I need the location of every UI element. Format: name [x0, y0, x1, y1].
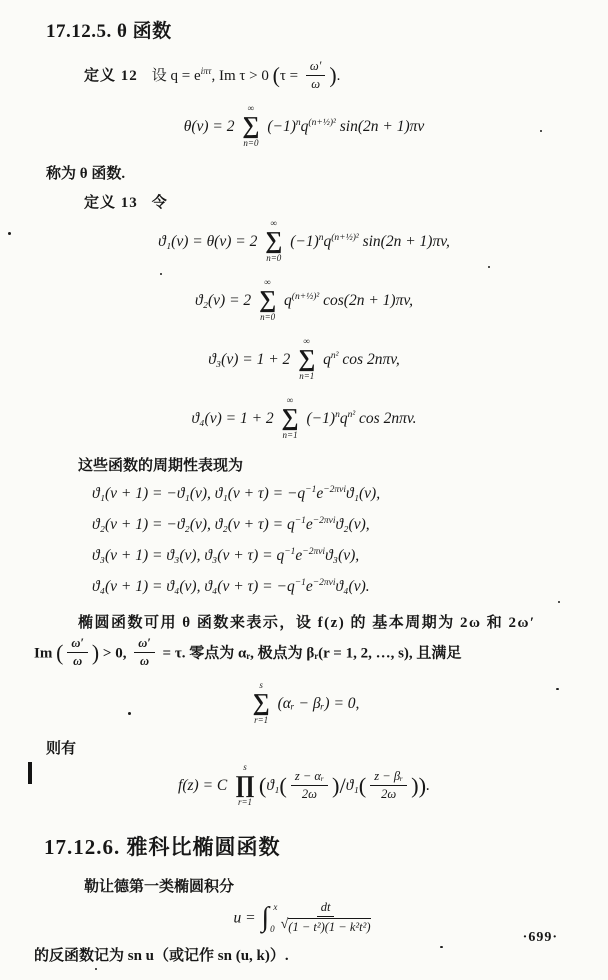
periodicity-theta3: ϑ₃(v + 1) = ϑ₃(v), ϑ₃(v + τ) = q−1e−2πvi… — [92, 540, 608, 568]
definition-13-label: 定义 13 — [84, 195, 138, 211]
theta3-formula: ϑ₃(v) = 1 + 2 ∞∑n=1 qn² cos 2nπv, — [0, 336, 608, 385]
legendre-integral-intro-line: 勒让德第一类椭圆积分 — [84, 875, 608, 896]
periodicity-theta2: ϑ₂(v + 1) = −ϑ₂(v), ϑ₂(v + τ) = q−1e−2πv… — [92, 509, 608, 537]
scan-speck — [128, 712, 131, 715]
definition-13-line: 定义 13令 — [84, 191, 608, 212]
scan-speck — [540, 130, 542, 132]
sum-zero-formula: s∑r=1 (αᵣ − βᵣ) = 0, — [0, 680, 608, 729]
elliptic-paragraph-line1: 椭圆函数可用 θ 函数来表示，设 f(z) 的 基本周期为 2ω 和 2ω′ — [78, 611, 596, 632]
theta4-formula: ϑ₄(v) = 1 + 2 ∞∑n=1 (−1)nqn² cos 2nπv. — [0, 395, 608, 444]
scan-speck — [440, 946, 443, 948]
scan-speck — [488, 266, 490, 268]
section-heading-17-12-6: 17.12.6. 雅科比椭圆函数 — [0, 831, 608, 861]
elliptic-paragraph-line2: Im (ω′ω) > 0, ω′ω = τ. 零点为 αᵣ, 极点为 βᵣ(r … — [34, 636, 608, 672]
inverse-function-line: 的反函数记为 sn u（或记作 sn (u, k)）. — [34, 944, 608, 965]
scanned-book-page: 17.12.5. θ 函数 定义 12设 q = eiπτ, Im τ > 0 … — [0, 0, 608, 980]
scan-speck — [160, 273, 162, 275]
periodicity-intro-line: 这些函数的周期性表现为 — [78, 454, 608, 475]
scan-speck — [556, 688, 559, 690]
scan-artifact-bar — [28, 762, 32, 784]
definition-13-tail: 令 — [152, 195, 167, 211]
product-representation-formula: f(z) = C s∏r=1(ϑ₁(z − αᵣ2ω)/ϑ₁(z − βᵣ2ω)… — [0, 762, 608, 811]
scan-speck — [95, 968, 97, 970]
periodicity-theta1: ϑ₁(v + 1) = −ϑ₁(v), ϑ₁(v + τ) = −q−1e−2π… — [92, 478, 608, 506]
section-heading-17-12-5: 17.12.5. θ 函数 — [0, 0, 608, 43]
periodicity-theta4: ϑ₄(v + 1) = ϑ₄(v), ϑ₄(v + τ) = −q−1e−2πv… — [92, 571, 608, 599]
then-have-line: 则有 — [46, 737, 608, 758]
scan-speck — [8, 232, 11, 235]
theta1-formula: ϑ₁(v) = θ(v) = 2 ∞∑n=0 (−1)nq(n+½)² sin(… — [0, 218, 608, 267]
called-theta-line: 称为 θ 函数. — [46, 162, 608, 183]
definition-12-math: 设 q = eiπτ, Im τ > 0 (τ = ω′ω). — [152, 68, 341, 84]
theta2-formula: ϑ₂(v) = 2 ∞∑n=0 q(n+½)² cos(2n + 1)πv, — [0, 277, 608, 326]
page-number: ·699· — [523, 930, 558, 946]
definition-12-label: 定义 12 — [84, 68, 138, 84]
theta-function-formula: θ(v) = 2 ∞∑n=0 (−1)nq(n+½)² sin(2n + 1)π… — [0, 103, 608, 152]
legendre-integral-formula: u = ∫x0dt√(1 − t²)(1 − k²t²) — [0, 900, 608, 938]
definition-12-line: 定义 12设 q = eiπτ, Im τ > 0 (τ = ω′ω). — [84, 59, 608, 95]
scan-speck — [558, 601, 560, 603]
